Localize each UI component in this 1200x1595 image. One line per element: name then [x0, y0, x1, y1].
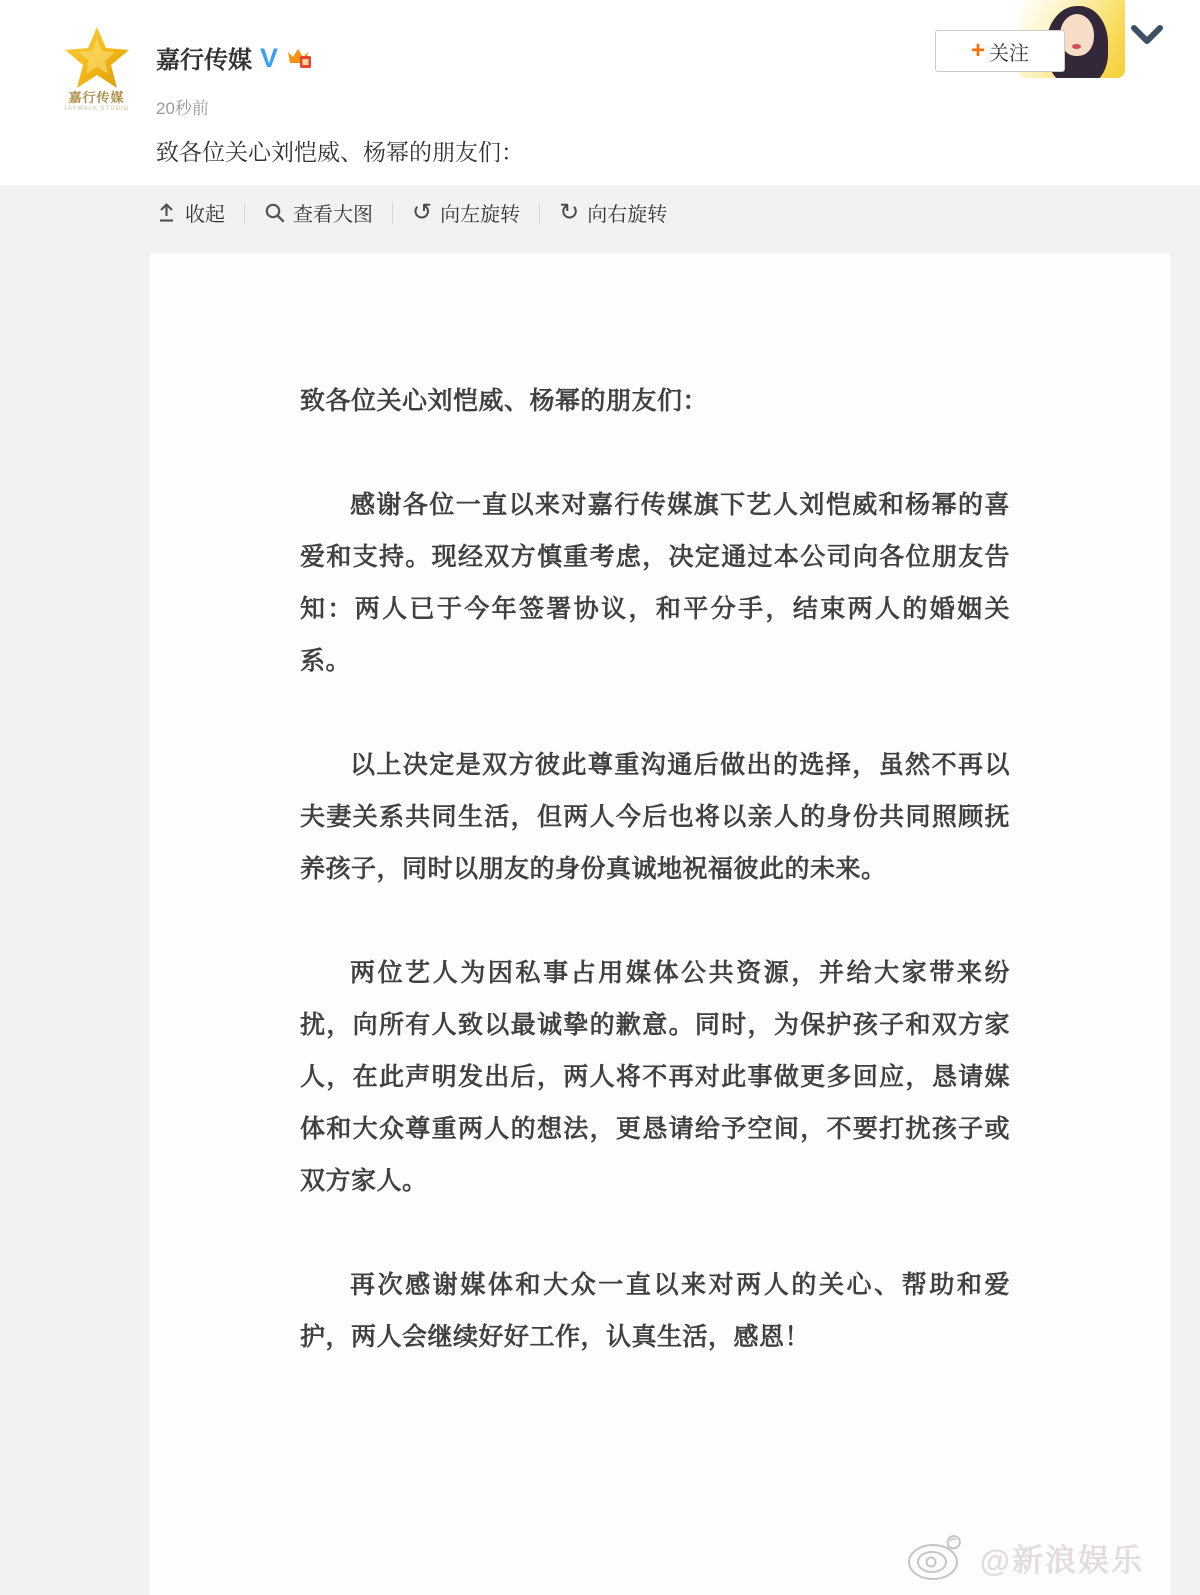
star-logo-icon	[61, 25, 133, 91]
rotate-left-icon: ↺	[412, 203, 432, 223]
rotate-right-label: 向右旋转	[587, 198, 667, 227]
plus-icon: +	[971, 41, 985, 61]
statement-image[interactable]: 致各位关心刘恺威、杨幂的朋友们： 感谢各位一直以来对嘉行传媒旗下艺人刘恺威和杨幂…	[150, 253, 1170, 1595]
avatar-caption: 嘉行传媒	[48, 91, 145, 105]
collapse-label: 收起	[185, 198, 225, 227]
avatar[interactable]: 嘉行传媒 JAYWALK STUDIO	[48, 25, 145, 122]
username-row: 嘉行传媒 V	[156, 40, 312, 75]
image-viewer: 收起 查看大图 ↺ 向左旋转 ↻ 向右旋转	[0, 185, 1200, 1595]
view-large-image-label: 查看大图	[293, 198, 373, 227]
post-text: 致各位关心刘恺威、杨幂的朋友们：	[156, 134, 524, 167]
toolbar-divider	[539, 202, 540, 224]
letter-paragraph: 两位艺人为因私事占用媒体公共资源，并给大家带来纷扰，向所有人致以最诚挚的歉意。同…	[300, 947, 1010, 1207]
toolbar-divider	[244, 202, 245, 224]
weibo-logo-icon	[906, 1531, 968, 1583]
avatar-subcaption: JAYWALK STUDIO	[48, 105, 145, 113]
letter-paragraph: 感谢各位一直以来对嘉行传媒旗下艺人刘恺威和杨幂的喜爱和支持。现经双方慎重考虑，决…	[300, 479, 1010, 687]
view-large-image-icon	[264, 202, 285, 223]
member-crown-icon	[286, 46, 312, 70]
letter-paragraph: 再次感谢媒体和大众一直以来对两人的关心、帮助和爱护，两人会继续好好工作，认真生活…	[300, 1259, 1010, 1363]
follow-button[interactable]: + 关注	[935, 30, 1065, 72]
username[interactable]: 嘉行传媒	[156, 40, 252, 75]
rotate-right-icon: ↻	[559, 203, 579, 223]
verified-badge-icon: V	[260, 45, 278, 71]
rotate-left-button[interactable]: ↺ 向左旋转	[412, 198, 520, 227]
letter-greeting: 致各位关心刘恺威、杨幂的朋友们：	[300, 375, 1010, 427]
collapse-button[interactable]: 收起	[156, 198, 225, 227]
follow-button-label: 关注	[989, 37, 1029, 66]
letter-paragraph: 以上决定是双方彼此尊重沟通后做出的选择，虽然不再以夫妻关系共同生活，但两人今后也…	[300, 739, 1010, 895]
profile-lips-shape	[1072, 44, 1081, 49]
watermark-text: @新浪娱乐	[980, 1535, 1144, 1580]
weibo-post-page: 嘉行传媒 JAYWALK STUDIO 嘉行传媒 V 20秒前 致各位关心刘恺威…	[0, 0, 1200, 1595]
profile-face-shape	[1060, 14, 1094, 56]
timestamp: 20秒前	[156, 94, 209, 119]
image-toolbar: 收起 查看大图 ↺ 向左旋转 ↻ 向右旋转	[156, 198, 667, 227]
rotate-right-button[interactable]: ↻ 向右旋转	[559, 198, 667, 227]
rotate-left-label: 向左旋转	[440, 198, 520, 227]
view-large-image-button[interactable]: 查看大图	[264, 198, 373, 227]
chevron-down-icon[interactable]	[1130, 24, 1164, 50]
toolbar-divider	[392, 202, 393, 224]
collapse-icon	[156, 202, 177, 223]
watermark: @新浪娱乐	[906, 1531, 1144, 1583]
